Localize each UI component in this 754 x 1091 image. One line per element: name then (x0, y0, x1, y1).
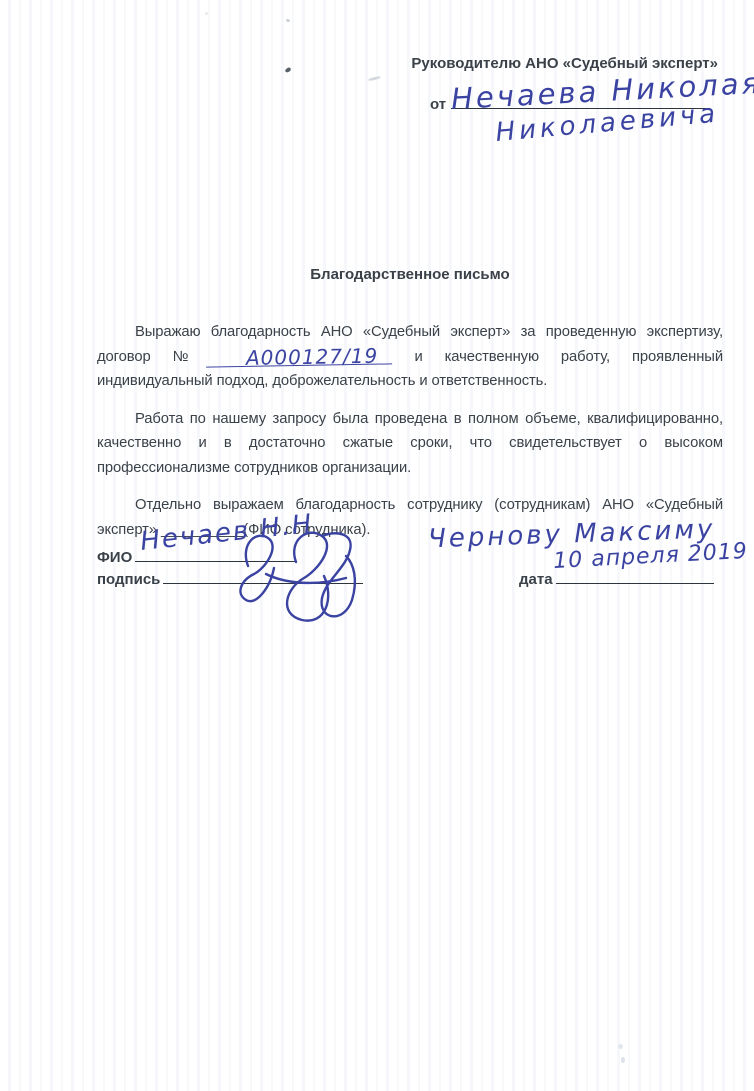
paragraph-gratitude: Выражаю благодарность АНО «Судебный эксп… (97, 320, 723, 394)
signature-squiggle (226, 528, 401, 628)
paragraph-work-quality: Работа по нашему запросу была проведена … (97, 407, 723, 481)
fio-label: ФИО (97, 549, 132, 566)
date-label: дата (519, 571, 553, 588)
letter-body: Выражаю благодарность АНО «Судебный эксп… (97, 320, 723, 555)
signature-label: подпись (97, 571, 160, 588)
letter-title: Благодарственное письмо (97, 266, 723, 283)
scan-speck (368, 75, 381, 81)
scan-speck (284, 67, 291, 73)
scan-speck (205, 12, 208, 15)
scan-speck (286, 18, 291, 22)
from-label: от (430, 96, 446, 113)
paragraph2-text: Работа по нашему запросу была проведена … (97, 411, 723, 476)
handwritten-contract-number: А000127/19 (206, 348, 392, 367)
scan-speck (621, 1057, 625, 1063)
scan-speck (618, 1044, 623, 1049)
scanned-letter-page: Руководителю АНО «Судебный эксперт» от Н… (0, 0, 754, 1091)
